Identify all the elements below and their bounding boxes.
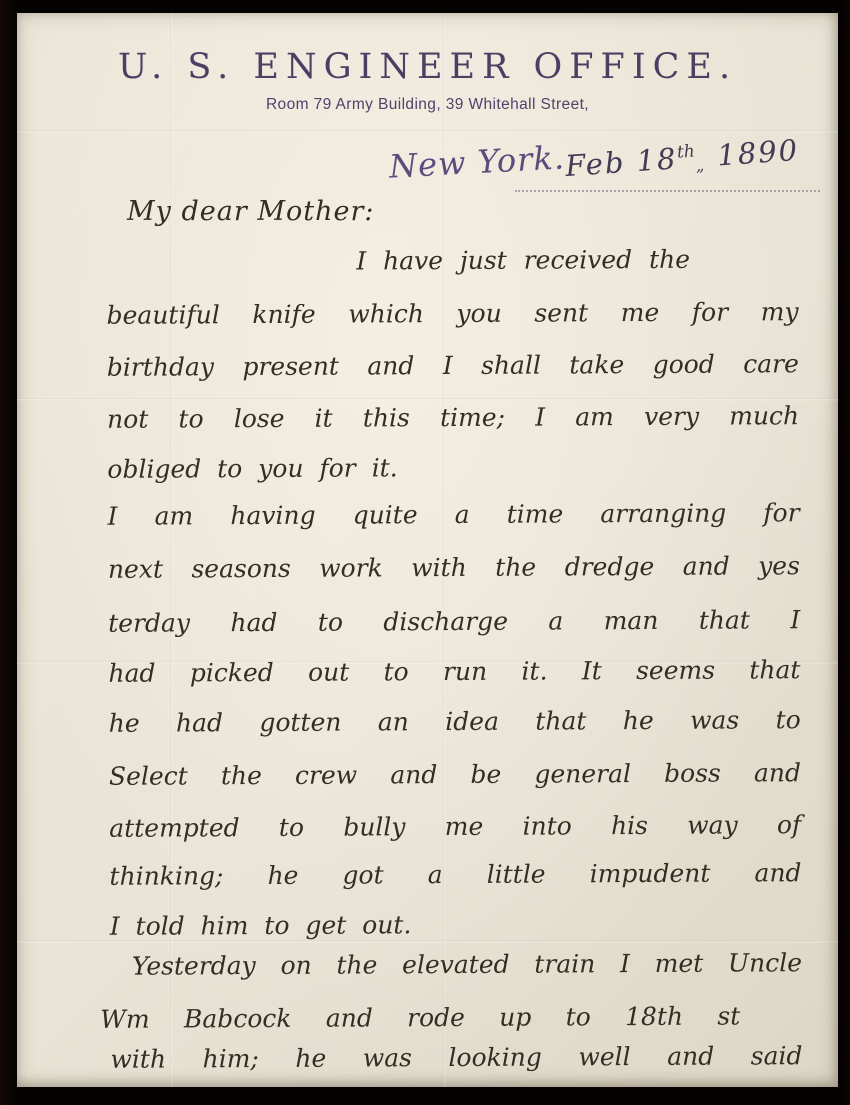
letter-line: not to lose it this time; I am very much — [107, 401, 799, 449]
date-day: Feb 18 — [564, 141, 678, 183]
letter-line: thinking; he got a little impudent and — [109, 858, 801, 906]
letter-line: I have just received the — [356, 244, 798, 290]
letter-line: with him; he was looking well and said — [110, 1041, 802, 1089]
letterhead-title: U. S. ENGINEER OFFICE. — [17, 47, 838, 87]
letter-line: terday had to discharge a man that I — [108, 605, 800, 653]
letter-page: U. S. ENGINEER OFFICE. Room 79 Army Buil… — [17, 13, 838, 1087]
letter-line: obliged to you for it. — [107, 451, 799, 499]
date-ordinal: th — [676, 141, 695, 162]
letter-line: he had gotten an idea that he was to — [109, 705, 801, 753]
letter-line: Yesterday on the elevated train I met Un… — [110, 948, 802, 996]
letterhead-address: Room 79 Army Building, 39 Whitehall Stre… — [17, 96, 838, 114]
salutation: My dear Mother: — [127, 196, 374, 227]
letter-line: attempted to bully me into his way of — [109, 810, 801, 858]
letter-line: birthday present and I shall take good c… — [107, 349, 799, 397]
letter-line: beautiful knife which you sent me for my — [107, 297, 799, 345]
letter-line: had picked out to run it. It seems that — [108, 655, 800, 703]
fold-crease-horizontal — [17, 130, 838, 133]
date-year: 1890 — [716, 133, 800, 173]
letter-line: next seasons work with the dredge and ye… — [108, 551, 800, 599]
dateline-dotted-rule — [515, 189, 820, 192]
dateline-place: New York. — [388, 138, 566, 185]
letter-line: Select the crew and be general boss and — [109, 758, 801, 806]
fold-crease-horizontal — [17, 398, 838, 401]
date-mark: „ — [695, 156, 705, 176]
letter-line: I am having quite a time arranging for — [108, 498, 800, 546]
dateline-date: Feb 18th„1890 — [564, 133, 800, 184]
